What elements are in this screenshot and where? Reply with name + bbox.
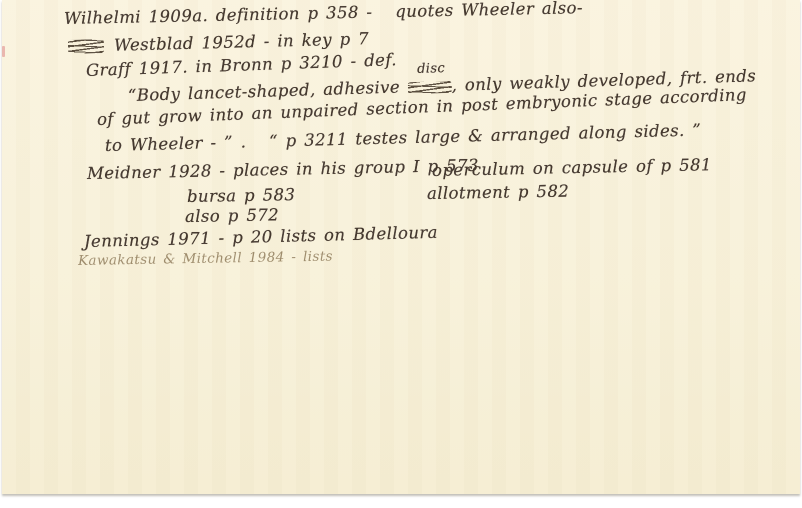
- note-line-jennings: Jennings 1971 - p 20 lists on Bdelloura: [84, 223, 438, 251]
- scribbled-out-word: [68, 39, 104, 54]
- index-card-paper: Wilhelmi 1909a. definition p 358 - quote…: [2, 0, 800, 494]
- note-meidner-also: also p 572: [185, 205, 279, 226]
- scribbled-out-word: [407, 81, 451, 94]
- note-meidner-allotment: allotment p 582: [427, 182, 569, 203]
- note-line-meidner: Meidner 1928 - places in his group I p 5…: [87, 156, 479, 183]
- note-line-kawakatsu-pencil: Kawakatsu & Mitchell 1984 - lists: [78, 249, 333, 269]
- note-line-quote-3: to Wheeler - ” . “ p 3211 testes large &…: [105, 120, 702, 155]
- inserted-word-disc: disc: [417, 61, 446, 77]
- strikeout-with-insertion: disc: [407, 76, 452, 96]
- pink-edge-mark: [2, 46, 5, 57]
- note-line-wilhelmi: Wilhelmi 1909a. definition p 358 - quote…: [64, 0, 583, 28]
- note-meidner-bursa: bursa p 583: [187, 185, 296, 206]
- note-line-westblad-text: Westblad 1952d - in key p 7: [104, 29, 370, 55]
- note-line-graff: Graff 1917. in Bronn p 3210 - def.: [86, 50, 397, 80]
- scanned-index-card: Wilhelmi 1909a. definition p 358 - quote…: [0, 0, 802, 508]
